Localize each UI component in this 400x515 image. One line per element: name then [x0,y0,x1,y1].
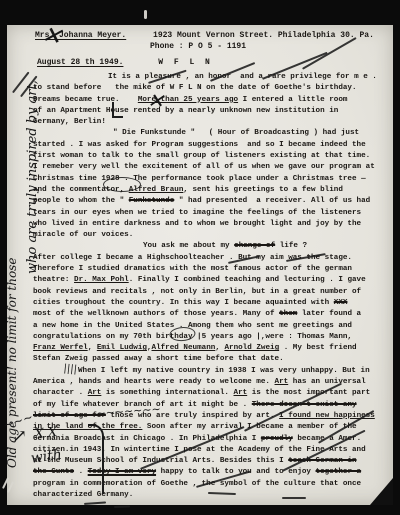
body-line: who lived in entire darkness and to whom… [33,219,387,230]
body-line: limit of age for those who are truly ins… [33,411,387,422]
body-line: people to whom the " Funkstunde " had pr… [33,196,387,207]
double-x-mark: X X [34,426,58,441]
pen-brace [88,424,104,494]
body-line: character . Art is something internation… [33,388,387,399]
body-line: first woman to talk to the small group o… [33,151,387,162]
body-line: most of the wellknown authors of those y… [33,309,387,320]
margin-note-upper: who are truly inspired by art, [26,80,39,274]
with-note: with [30,448,63,466]
station-callsign: W F L N [158,58,213,67]
body-line: You ask me about my change of life ? [33,241,387,252]
body-line: theatre: Dr. Max Pohl. Finally I combine… [33,275,387,286]
margin-x-mark: ✕ [40,22,64,49]
corner-fold [370,478,393,505]
underline-scribble-2 [282,497,306,499]
sender-address: 1923 Mount Vernon Street. Philadelphia 3… [153,31,374,40]
body-line: Stefan Zweig passed away a short time be… [33,354,387,365]
letter-body: It is a pleasure , an honor and a rare p… [33,72,387,501]
body-line: " Die Funkstunde " ( Hour of Broadcastin… [33,128,387,139]
body-line: a new home in the United States . Among … [33,321,387,332]
body-line: Christmas time 1928 . The performance to… [33,174,387,185]
film-mark-top [144,10,147,19]
body-line: miracle of our voices. [33,230,387,241]
body-line: When I left my native country in 1938 I … [33,366,387,377]
letter-dateline: August 28 th 1949. W F L N [37,58,213,67]
body-line: book reviews and recitals , not only in … [33,287,387,298]
letter-date: August 28 th 1949. [37,58,123,67]
body-line: Therefore I studied dramatics with the m… [33,264,387,275]
sender-phone: Phone : P O 5 - 1191 [150,42,246,51]
body-line: started . I was asked for Program sugges… [33,140,387,151]
inline-x-mark: ✕ [147,90,165,111]
body-line: at the Museum School of Industrial Arts.… [33,456,387,467]
body-line: I remeber very well the excitement of al… [33,162,387,173]
body-line: of my life whatever branch of art it mig… [33,400,387,411]
underline-scribble-4 [114,505,130,508]
body-line: to stand before the mike of W F L N on t… [33,83,387,94]
body-line: cities troughout the country. In this wa… [33,298,387,309]
body-line: Dreams became true. More than 25 years a… [33,95,387,106]
body-line: After college I became a Highschoolteach… [33,253,387,264]
circle-1928 [103,177,141,192]
body-line: the Cunto . Today I am very happy to tal… [33,467,387,478]
body-line: Germany, Berlin! [33,117,387,128]
tick-marks: |||| [63,364,77,375]
body-line: and the commentator, Alfred Braun, sent … [33,185,387,196]
letter-header: Mrs. Johanna Meyer. 1923 Mount Vernon St… [35,31,374,40]
body-line: Franz Werfel, Emil Ludwig,Alfred Neumann… [33,343,387,354]
scanned-letter: Mrs. Johanna Meyer. 1923 Mount Vernon St… [0,0,400,515]
body-line: program in commemoration of Goethe , the… [33,479,387,490]
arrow-mark: ↗ [12,428,27,446]
body-line: of an Apartment House rented by a nearly… [33,106,387,117]
body-line: tears in our eyes when we tried to imagi… [33,208,387,219]
berlin-bracket [112,102,123,118]
body-line: congratulations on my 70th birthday |5 y… [33,332,387,343]
